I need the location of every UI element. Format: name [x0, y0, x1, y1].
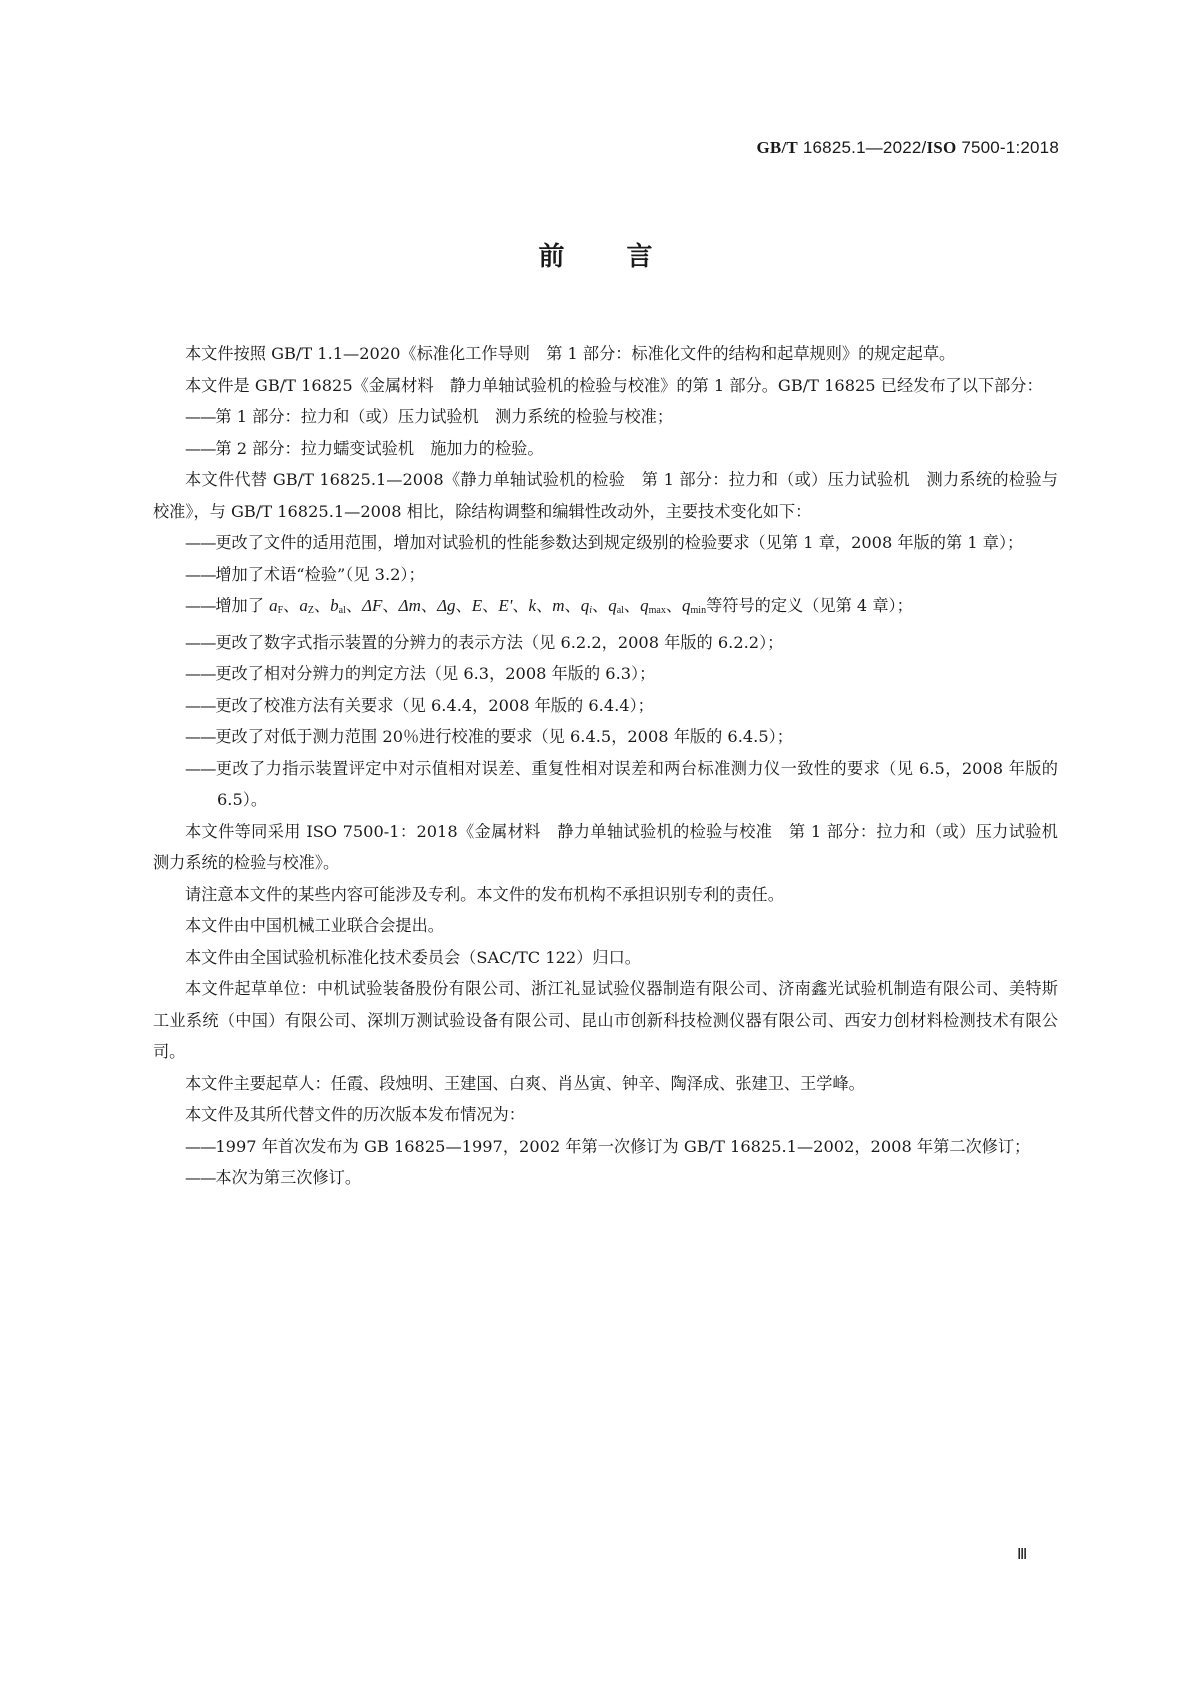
paragraph: 请注意本文件的某些内容可能涉及专利。本文件的发布机构不承担识别专利的责任。 [153, 879, 1058, 911]
iso-prefix: ISO [926, 138, 956, 157]
list-item: ——更改了文件的适用范围，增加对试验机的性能参数达到规定级别的检验要求（见第 1… [153, 527, 1058, 559]
paragraph: 本文件等同采用 ISO 7500-1：2018《金属材料 静力单轴试验机的检验与… [153, 816, 1058, 879]
dash-marker: —— [185, 727, 215, 746]
math-symbol: m [552, 596, 564, 615]
title-char-2: 言 [627, 236, 653, 273]
dash-marker: —— [185, 439, 215, 458]
math-symbol: qal [608, 596, 624, 615]
dash-marker: —— [185, 633, 215, 652]
list-item: ——更改了对低于测力范围 20％进行校准的要求（见 6.4.5，2008 年版的… [153, 721, 1058, 753]
list-item: ——更改了校准方法有关要求（见 6.4.4，2008 年版的 6.4.4）； [153, 690, 1058, 722]
dash-marker: —— [185, 565, 215, 584]
list-item: ——1997 年首次发布为 GB 16825—1997，2002 年第一次修订为… [153, 1131, 1058, 1163]
page-number: Ⅲ [1017, 1545, 1027, 1564]
math-symbol: bal [330, 596, 346, 615]
page-title: 前言 [0, 236, 1191, 273]
list-item: ——第 1 部分：拉力和（或）压力试验机 测力系统的检验与校准； [153, 401, 1058, 433]
dash-marker: —— [185, 596, 215, 615]
standard-prefix: GB/T [757, 138, 798, 157]
list-item: ——更改了数字式指示装置的分辨力的表示方法（见 6.2.2，2008 年版的 6… [153, 627, 1058, 659]
math-symbol: E' [498, 596, 512, 615]
list-item: ——更改了力指示装置评定中对示值相对误差、重复性相对误差和两台标准测力仪一致性的… [153, 753, 1058, 816]
math-symbol: qi [581, 596, 592, 615]
paragraph: 本文件是 GB/T 16825《金属材料 静力单轴试验机的检验与校准》的第 1 … [153, 370, 1058, 402]
standard-number: 16825.1—2022/ [803, 138, 927, 157]
dash-marker: —— [185, 664, 215, 683]
list-item: ——增加了术语“检验”（见 3.2）； [153, 559, 1058, 591]
document-page: GB/T 16825.1—2022/ISO 7500-1:2018 前言 本文件… [0, 0, 1191, 1684]
dash-marker: —— [185, 1168, 215, 1187]
paragraph: 本文件由全国试验机标准化技术委员会（SAC/TC 122）归口。 [153, 942, 1058, 974]
dash-marker: —— [185, 1137, 215, 1156]
paragraph: 本文件按照 GB/T 1.1—2020《标准化工作导则 第 1 部分：标准化文件… [153, 338, 1058, 370]
math-symbol: k [529, 596, 537, 615]
paragraph: 本文件起草单位：中机试验装备股份有限公司、浙江礼显试验仪器制造有限公司、济南鑫光… [153, 973, 1058, 1068]
dash-marker: —— [185, 696, 215, 715]
list-item: ——增加了 aF、aZ、bal、ΔF、Δm、Δg、E、E'、k、m、qi、qal… [153, 590, 1058, 627]
math-symbol: qmax [640, 596, 666, 615]
math-symbol: ΔF [362, 596, 382, 615]
paragraph: 本文件及其所代替文件的历次版本发布情况为： [153, 1099, 1058, 1131]
math-symbol: qmin [682, 596, 706, 615]
math-symbol: Δg [437, 596, 455, 615]
dash-marker: —— [185, 759, 215, 778]
iso-number: 7500-1:2018 [961, 138, 1059, 157]
dash-marker: —— [185, 407, 215, 426]
standard-identifier: GB/T 16825.1—2022/ISO 7500-1:2018 [757, 138, 1060, 158]
foreword-body: 本文件按照 GB/T 1.1—2020《标准化工作导则 第 1 部分：标准化文件… [153, 338, 1058, 1194]
list-item: ——更改了相对分辨力的判定方法（见 6.3，2008 年版的 6.3）； [153, 658, 1058, 690]
paragraph: 本文件主要起草人：任霞、段烛明、王建国、白爽、肖丛寅、钟辛、陶泽成、张建卫、王学… [153, 1068, 1058, 1100]
list-item: ——第 2 部分：拉力蠕变试验机 施加力的检验。 [153, 433, 1058, 465]
title-char-1: 前 [538, 236, 564, 273]
math-symbol: aF [269, 596, 283, 615]
paragraph: 本文件代替 GB/T 16825.1—2008《静力单轴试验机的检验 第 1 部… [153, 464, 1058, 527]
list-item: ——本次为第三次修订。 [153, 1162, 1058, 1194]
math-symbol: Δm [399, 596, 421, 615]
dash-marker: —— [185, 533, 215, 552]
paragraph: 本文件由中国机械工业联合会提出。 [153, 910, 1058, 942]
math-symbol: aZ [299, 596, 314, 615]
math-symbol: E [472, 596, 482, 615]
